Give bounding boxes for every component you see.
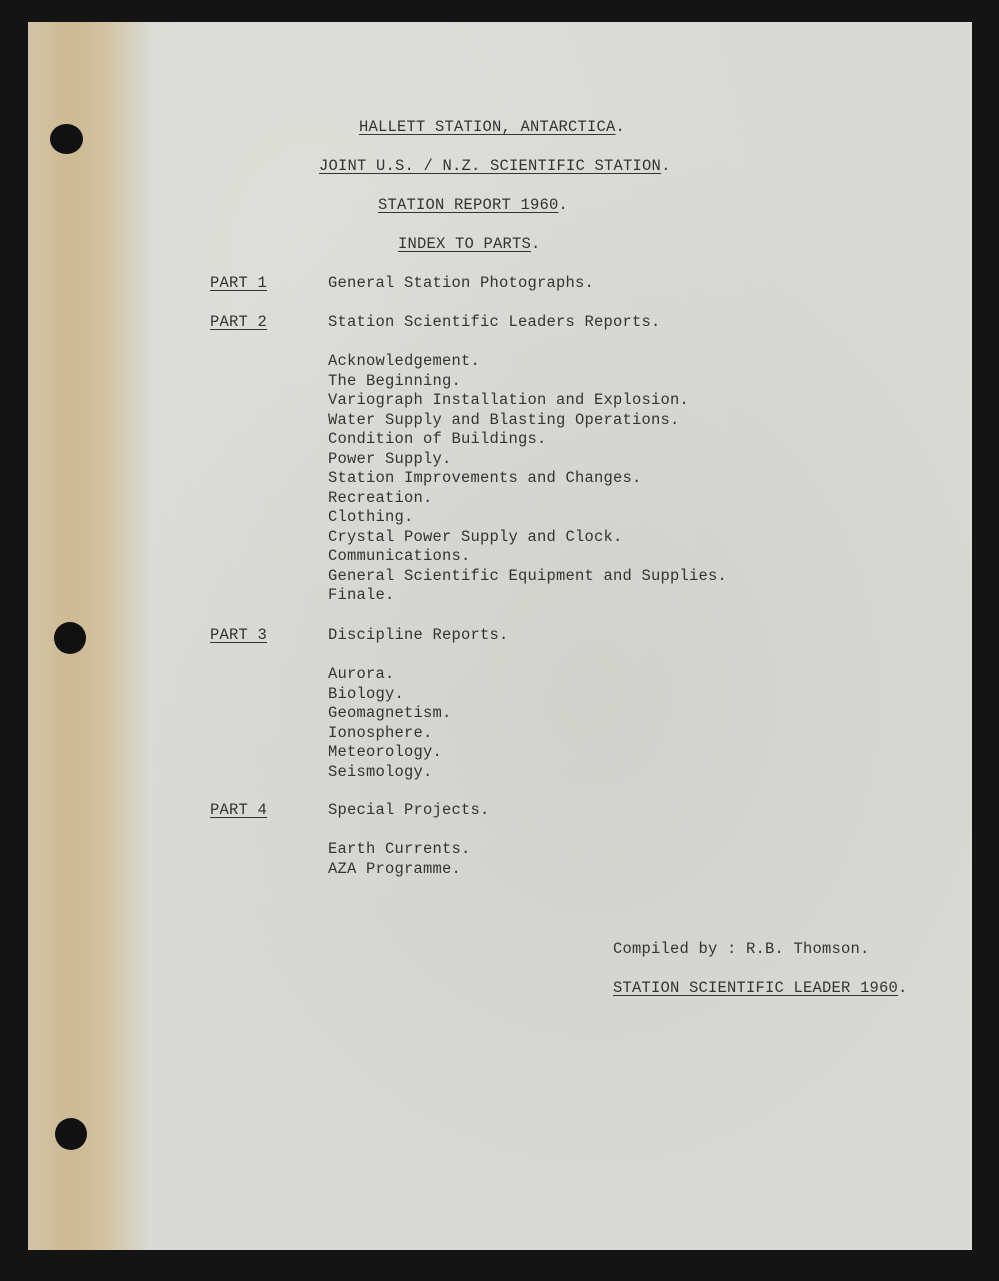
- part-4-item: AZA Programme.: [328, 860, 461, 880]
- part-4-item: Earth Currents.: [328, 840, 471, 860]
- part-2-item: Finale.: [328, 586, 395, 606]
- title-index: INDEX TO PARTS.: [398, 235, 541, 255]
- signature-role: STATION SCIENTIFIC LEADER 1960.: [613, 979, 908, 999]
- part-2-item: Station Improvements and Changes.: [328, 469, 642, 489]
- document-page: HALLETT STATION, ANTARCTICA. JOINT U.S. …: [28, 22, 972, 1250]
- part-2-item: Crystal Power Supply and Clock.: [328, 528, 623, 548]
- punch-hole-bottom: [55, 1118, 87, 1150]
- part-3-item: Meteorology.: [328, 743, 442, 763]
- part-3-title: Discipline Reports.: [328, 626, 509, 646]
- part-2-label: PART 2: [210, 313, 267, 333]
- part-4-label: PART 4: [210, 801, 267, 821]
- part-1-title: General Station Photographs.: [328, 274, 594, 294]
- part-3-item: Aurora.: [328, 665, 395, 685]
- part-2-item: Variograph Installation and Explosion.: [328, 391, 689, 411]
- part-3-item: Ionosphere.: [328, 724, 433, 744]
- part-2-item: Acknowledgement.: [328, 352, 480, 372]
- part-2-item: The Beginning.: [328, 372, 461, 392]
- part-4-title: Special Projects.: [328, 801, 490, 821]
- part-2-item: General Scientific Equipment and Supplie…: [328, 567, 727, 587]
- part-3-item: Biology.: [328, 685, 404, 705]
- title-joint-station: JOINT U.S. / N.Z. SCIENTIFIC STATION.: [319, 157, 671, 177]
- part-1-label: PART 1: [210, 274, 267, 294]
- part-2-item: Clothing.: [328, 508, 414, 528]
- part-2-item: Water Supply and Blasting Operations.: [328, 411, 680, 431]
- part-3-item: Seismology.: [328, 763, 433, 783]
- punch-hole-middle: [54, 622, 86, 654]
- punch-hole-top: [50, 124, 83, 154]
- part-2-item: Power Supply.: [328, 450, 452, 470]
- part-2-item: Recreation.: [328, 489, 433, 509]
- part-2-title: Station Scientific Leaders Reports.: [328, 313, 661, 333]
- part-2-item: Communications.: [328, 547, 471, 567]
- part-3-label: PART 3: [210, 626, 267, 646]
- title-report: STATION REPORT 1960.: [378, 196, 568, 216]
- part-2-item: Condition of Buildings.: [328, 430, 547, 450]
- compiled-by: Compiled by : R.B. Thomson.: [613, 940, 870, 960]
- part-3-item: Geomagnetism.: [328, 704, 452, 724]
- title-station: HALLETT STATION, ANTARCTICA.: [359, 118, 625, 138]
- binding-strip: [28, 22, 150, 1250]
